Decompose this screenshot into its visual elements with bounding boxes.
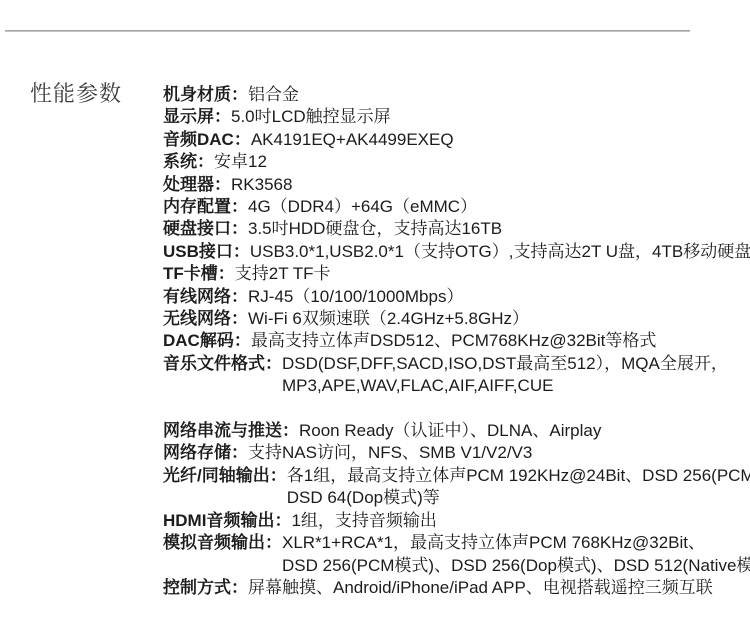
spec-list: 机身材质： 铝合金 显示屏： 5.0吋LCD触控显示屏 音频DAC： AK419… xyxy=(163,84,750,599)
spec-value: 各1组，最高支持立体声PCM 192KHz@24Bit、DSD 256(PCM模… xyxy=(287,465,750,510)
spec-value: 支持NAS访问，NFS、SMB V1/V2/V3 xyxy=(248,442,532,464)
section-title: 性能参数 xyxy=(30,81,163,107)
spec-value: 3.5吋HDD硬盘仓，支持高达16TB xyxy=(248,218,502,240)
spec-row: HDMI音频输出： 1组，支持音频输出 xyxy=(163,510,750,532)
spec-value: RJ-45（10/100/1000Mbps） xyxy=(248,286,463,308)
spec-label: 处理器： xyxy=(163,174,231,196)
spec-row: 模拟音频输出： XLR*1+RCA*1，最高支持立体声PCM 768KHz@32… xyxy=(163,532,750,577)
spec-row: 无线网络： Wi-Fi 6双频速联（2.4GHz+5.8GHz） xyxy=(163,308,750,330)
spec-row: 光纤/同轴输出： 各1组，最高支持立体声PCM 192KHz@24Bit、DSD… xyxy=(163,465,750,510)
spec-label: 音频DAC： xyxy=(163,129,251,151)
spec-label: 控制方式： xyxy=(163,577,248,599)
spec-label: 音乐文件格式： xyxy=(163,353,282,375)
spec-label: 网络串流与推送： xyxy=(163,420,299,442)
spec-label: 内存配置： xyxy=(163,196,248,218)
spec-value: AK4191EQ+AK4499EXEQ xyxy=(251,129,454,151)
spec-value: Roon Ready（认证中）、DLNA、Airplay xyxy=(299,420,601,442)
spec-value: 4G（DDR4）+64G（eMMC） xyxy=(248,196,477,218)
spec-value: 1组，支持音频输出 xyxy=(291,510,436,532)
spec-label: 系统： xyxy=(163,151,214,173)
spec-row: 音乐文件格式： DSD(DSF,DFF,SACD,ISO,DST最高至512），… xyxy=(163,353,750,398)
spec-row: TF卡槽： 支持2T TF卡 xyxy=(163,263,750,285)
spec-row: USB接口： USB3.0*1,USB2.0*1（支持OTG）,支持高达2T U… xyxy=(163,241,750,263)
spec-label: 模拟音频输出： xyxy=(163,532,282,554)
spec-value: 铝合金 xyxy=(248,84,299,106)
spec-label: 网络存储： xyxy=(163,442,248,464)
spec-value: USB3.0*1,USB2.0*1（支持OTG）,支持高达2T U盘，4TB移动… xyxy=(250,241,750,263)
spec-row: 机身材质： 铝合金 xyxy=(163,84,750,106)
spec-value: 支持2T TF卡 xyxy=(235,263,331,285)
spec-label: 机身材质： xyxy=(163,84,248,106)
spec-value: 最高支持立体声DSD512、PCM768KHz@32Bit等格式 xyxy=(251,330,657,352)
spec-row: DAC解码： 最高支持立体声DSD512、PCM768KHz@32Bit等格式 xyxy=(163,330,750,352)
spec-row: 显示屏： 5.0吋LCD触控显示屏 xyxy=(163,106,750,128)
spec-label: USB接口： xyxy=(163,241,250,263)
spec-value: RK3568 xyxy=(231,174,292,196)
spec-row: 有线网络： RJ-45（10/100/1000Mbps） xyxy=(163,286,750,308)
spec-label: 显示屏： xyxy=(163,106,231,128)
spec-row: 控制方式： 屏幕触摸、Android/iPhone/iPad APP、电视搭载遥… xyxy=(163,577,750,599)
spec-row: 硬盘接口： 3.5吋HDD硬盘仓，支持高达16TB xyxy=(163,218,750,240)
spec-label: DAC解码： xyxy=(163,330,251,352)
spec-row: 音频DAC： AK4191EQ+AK4499EXEQ xyxy=(163,129,750,151)
spec-value: 5.0吋LCD触控显示屏 xyxy=(231,106,391,128)
spec-row: 内存配置： 4G（DDR4）+64G（eMMC） xyxy=(163,196,750,218)
spec-label: 有线网络： xyxy=(163,286,248,308)
spec-row: 处理器： RK3568 xyxy=(163,174,750,196)
top-divider xyxy=(5,30,690,32)
spec-value: XLR*1+RCA*1，最高支持立体声PCM 768KHz@32Bit、 DSD… xyxy=(282,532,750,577)
spec-label: 光纤/同轴输出： xyxy=(163,465,287,487)
spec-label: 无线网络： xyxy=(163,308,248,330)
spec-value: Wi-Fi 6双频速联（2.4GHz+5.8GHz） xyxy=(248,308,529,330)
spec-section: 性能参数 机身材质： 铝合金 显示屏： 5.0吋LCD触控显示屏 音频DAC： … xyxy=(30,81,750,599)
spec-value: 安卓12 xyxy=(214,151,267,173)
spec-row: 网络存储： 支持NAS访问，NFS、SMB V1/V2/V3 xyxy=(163,442,750,464)
spec-row: 网络串流与推送： Roon Ready（认证中）、DLNA、Airplay xyxy=(163,420,750,442)
spec-row: 系统： 安卓12 xyxy=(163,151,750,173)
spec-label: TF卡槽： xyxy=(163,263,235,285)
spec-label: 硬盘接口： xyxy=(163,218,248,240)
spec-label: HDMI音频输出： xyxy=(163,510,291,532)
spec-value: 屏幕触摸、Android/iPhone/iPad APP、电视搭载遥控三频互联 xyxy=(248,577,713,599)
spec-value: DSD(DSF,DFF,SACD,ISO,DST最高至512），MQA全展开， … xyxy=(282,353,728,398)
